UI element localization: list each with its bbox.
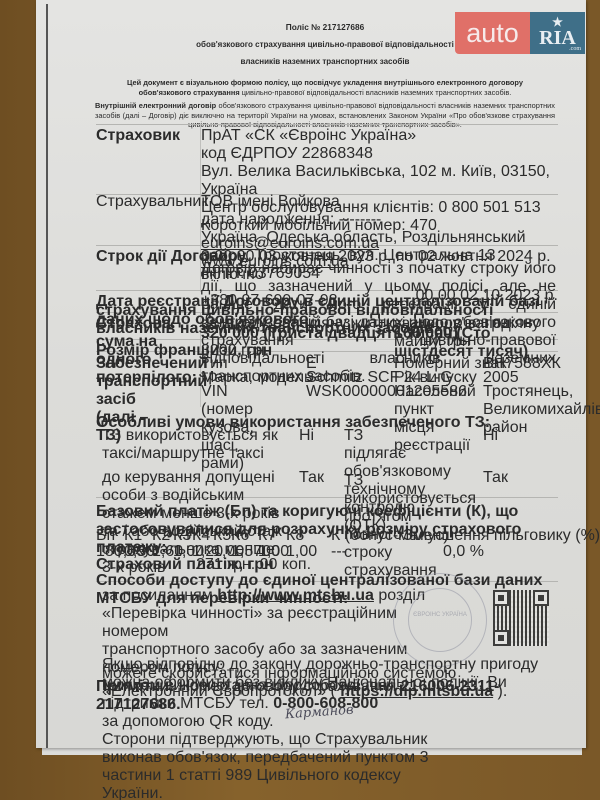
- intro-p2-bold: Внутрішній електронний договір: [95, 101, 216, 110]
- access-line-1-pre: за посиланням: [102, 587, 217, 604]
- coefficients-value-row: 180,000,501,601,001,201,001,57001,001,00…: [96, 543, 558, 553]
- policyholder-birth-date: дата народження: --------: [201, 211, 558, 229]
- qr-code-icon[interactable]: [493, 590, 549, 646]
- insurer-name: ПрАТ «СК «Євроінс Україна»: [201, 127, 558, 145]
- policyholder-name: ТОВ імені Войкова: [201, 193, 558, 211]
- condition-taxi-value: Ні: [299, 427, 314, 445]
- intro-line-2: обов'язкового страхування цивільно-право…: [95, 88, 555, 98]
- brand-suffix: .com: [569, 46, 581, 52]
- stamp-inner-ring: [408, 588, 472, 652]
- condition-full-term-value: Так: [483, 469, 508, 487]
- notes-text: Номер договору страхування: [174, 678, 400, 695]
- company-stamp: ЄВРОІНС УКРАЇНА: [393, 573, 487, 667]
- intro-line-2-bold: обов'язкового страхування: [139, 88, 240, 97]
- policyholder-label: Страхувальник: [96, 193, 208, 211]
- condition-experience-value: Так: [299, 469, 324, 487]
- condition-taxi-label: ТЗ використовується як таксі/маршрутне т…: [102, 427, 287, 463]
- qr-finder: [493, 630, 509, 646]
- coefficients-header-row: БпК1К2К3К4К5К6К7К8К (бонус-малус)Зменшен…: [96, 527, 558, 537]
- divider: [96, 124, 558, 125]
- policy-subtitle-2: власників наземних транспортних засобів: [90, 57, 560, 66]
- stamp-text: ЄВРОІНС УКРАЇНА: [394, 612, 486, 618]
- access-line-6: частини 1 статті 989 Цивільного кодексу …: [102, 767, 442, 800]
- coefficient-val-10: 0,0 %: [443, 543, 484, 561]
- policy-subtitle-1: обов'язкового страхування цивільно-право…: [90, 40, 560, 49]
- notes-label: Примітки:: [96, 678, 174, 695]
- qr-finder: [533, 590, 549, 606]
- insurer-edrpou: код ЄДРПОУ 22868348: [201, 145, 558, 163]
- access-line-5: Сторони підтверджують, що Страхувальник …: [102, 731, 442, 767]
- policy-title: Поліс № 217127686: [90, 22, 560, 32]
- condition-otk-value: Ні: [483, 427, 498, 445]
- registration-value: 00.00 02.10.2023 р.: [416, 287, 558, 305]
- access-line-1: за посиланням http://www.mtsbu.ua розділ…: [102, 587, 442, 641]
- intro-line-2-rest: цивільно-правової відповідальності власн…: [240, 88, 512, 97]
- intro-block: Цей документ є візуальною формою полісу,…: [95, 78, 555, 130]
- qr-finder: [493, 590, 509, 606]
- intro-line-1: Цей документ є візуальною формою полісу,…: [95, 78, 555, 88]
- mtsbu-link[interactable]: http://www.mtsbu.ua: [217, 587, 374, 604]
- coefficient-val-9: ---: [331, 543, 347, 561]
- insurer-label: Страховик: [96, 127, 180, 145]
- paper-edge: [46, 4, 48, 748]
- access-line-4: за допомогою QR коду.: [102, 713, 442, 731]
- intro-paragraph-2: Внутрішній електронний договір обов'язко…: [95, 101, 555, 130]
